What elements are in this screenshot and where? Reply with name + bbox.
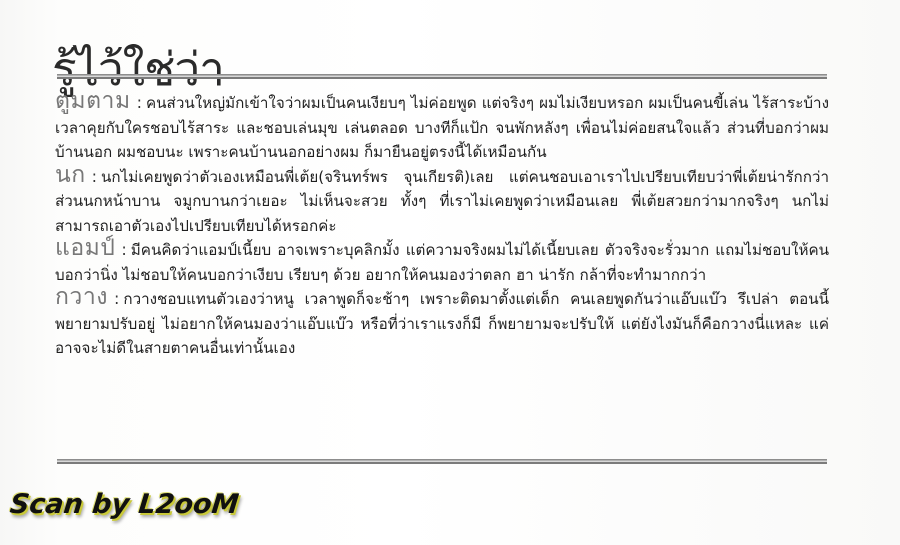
paragraph-kwang: กวาง:กวางชอบแทนตัวเองว่าหนู เวลาพูดก็จะช… <box>55 287 829 361</box>
paragraph-nok: นก:นกไม่เคยพูดว่าตัวเองเหมือนพี่เต้ย(จริ… <box>55 165 829 239</box>
separator: : <box>114 289 119 308</box>
speaker-label: ตูมตาม <box>55 88 131 114</box>
paragraph-amp: แอมป์:มีคนคิดว่าแอมป์เนี้ยบ อาจเพราะบุคล… <box>55 238 829 287</box>
speaker-label: นก <box>55 162 86 188</box>
scanner-watermark: Scan by L2ooM <box>8 489 240 520</box>
article-body: ตูมตาม:คนส่วนใหญ่มักเข้าใจว่าผมเป็นคนเงี… <box>55 91 829 361</box>
paragraph-text: กวางชอบแทนตัวเองว่าหนู เวลาพูดก็จะช้าๆ เ… <box>55 290 829 357</box>
paragraph-toomtam: ตูมตาม:คนส่วนใหญ่มักเข้าใจว่าผมเป็นคนเงี… <box>55 91 829 165</box>
speaker-label: กวาง <box>55 284 108 310</box>
separator: : <box>92 167 97 186</box>
bottom-divider <box>57 459 827 464</box>
top-divider <box>57 74 827 79</box>
separator: : <box>121 240 126 259</box>
paragraph-text: มีคนคิดว่าแอมป์เนี้ยบ อาจเพราะบุคลิกมั้ง… <box>55 241 829 284</box>
paragraph-text: นกไม่เคยพูดว่าตัวเองเหมือนพี่เต้ย(จรินทร… <box>55 168 829 235</box>
paragraph-text: คนส่วนใหญ่มักเข้าใจว่าผมเป็นคนเงียบๆ ไม่… <box>55 94 829 161</box>
speaker-label: แอมป์ <box>55 235 115 261</box>
separator: : <box>137 93 142 112</box>
